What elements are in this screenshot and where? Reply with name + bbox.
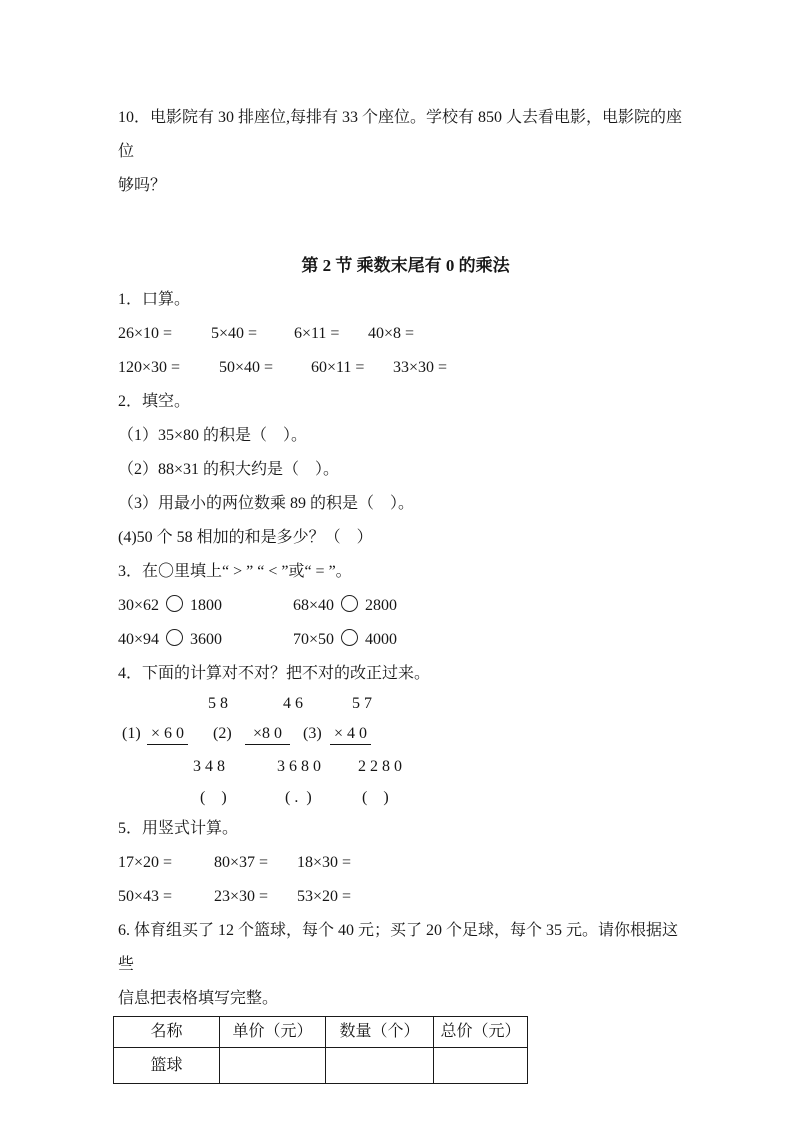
expression: 53×20 = [297,880,351,914]
multiplier-line: × 6 0 [147,724,188,745]
problem5-row1: 17×20 =80×37 =18×30 = [118,846,693,880]
expression: 120×30 = [118,351,219,385]
expression: 26×10 = [118,317,211,351]
table-row: 篮球 [114,1048,528,1084]
expression: 18×30 = [297,846,351,880]
check-blank: ( ) [362,788,389,808]
problem5-label: 5．用竖式计算。 [118,812,693,846]
problem6-text-line2: 信息把表格填写完整。 [118,982,693,1016]
item-number: (3) [303,724,322,744]
table-header-name: 名称 [114,1017,220,1048]
expression: 50×40 = [219,351,311,385]
expression: 33×30 = [393,351,447,385]
table-header-row: 名称 单价（元） 数量（个） 总价（元） [114,1017,528,1048]
check-blank: ( ) [200,788,227,808]
problem10-text-line1: 10．电影院有 30 排座位,每排有 33 个座位。学校有 850 人去看电影，… [118,101,693,169]
worksheet-page: 10．电影院有 30 排座位,每排有 33 个座位。学校有 850 人去看电影，… [0,0,793,1122]
expression: 80×37 = [214,846,297,880]
compare-circle [166,629,183,646]
expression: 17×20 = [118,846,214,880]
comparison: 70×504000 [293,623,397,657]
multiplicand: 5 7 [352,694,372,714]
comparison: 30×621800 [118,589,293,623]
problem4-label: 4．下面的计算对不对？把不对的改正过来。 [118,657,693,691]
item-number: (2) [213,724,232,744]
multiplicand: 4 6 [283,694,303,714]
problem3-label: 3．在〇里填上“ > ” “ < ”或“ = ”。 [118,555,693,589]
expression: 6×11 = [294,317,368,351]
multiplier-line: ×8 0 [245,724,290,745]
right-value: 3600 [190,631,222,648]
item-number: (1) [122,724,141,744]
table-cell-empty [326,1048,434,1084]
table-header-unit-price: 单价（元） [220,1017,326,1048]
multiplicand: 5 8 [208,694,228,714]
problem3-row1: 30×62180068×402800 [118,589,693,623]
section-title: 第 2 节 乘数末尾有 0 的乘法 [118,249,693,283]
expression: 50×43 = [118,880,214,914]
comparison: 40×943600 [118,623,293,657]
compare-circle [341,595,358,612]
left-expression: 40×94 [118,631,159,648]
problem3-row2: 40×94360070×504000 [118,623,693,657]
check-blank: ( . ) [285,788,312,808]
table-header-total-price: 总价（元） [434,1017,528,1048]
table-cell-empty [220,1048,326,1084]
table-cell-empty [434,1048,528,1084]
price-table: 名称 单价（元） 数量（个） 总价（元） 篮球 [113,1016,528,1084]
expression: 5×40 = [211,317,294,351]
problem2-item-1: （1）35×80 的积是（ ）。 [118,419,693,453]
multiplier-line: × 4 0 [330,724,371,745]
compare-circle [166,595,183,612]
expression: 60×11 = [311,351,393,385]
right-value: 1800 [190,597,222,614]
right-value: 2800 [365,597,397,614]
comparison: 68×402800 [293,589,397,623]
table-cell-item-name: 篮球 [114,1048,220,1084]
problem5-row2: 50×43 =23×30 =53×20 = [118,880,693,914]
problem2-item-4: (4)50 个 58 相加的和是多少？（ ） [118,521,693,555]
product: 3 4 8 [193,757,225,777]
problem10-text-line2: 够吗？ [118,169,693,203]
vertical-calculations: 5 8 4 6 5 7 (1) × 6 0 (2) ×8 0 (3) × 4 0… [118,691,693,808]
problem2-label: 2．填空。 [118,385,693,419]
problem1-row2: 120×30 =50×40 =60×11 =33×30 = [118,351,693,385]
problem6-text-line1: 6. 体育组买了 12 个篮球，每个 40 元；买了 20 个足球，每个 35 … [118,914,693,982]
product: 2 2 8 0 [358,757,402,777]
left-expression: 68×40 [293,597,334,614]
problem1-row1: 26×10 =5×40 =6×11 =40×8 = [118,317,693,351]
table-header-quantity: 数量（个） [326,1017,434,1048]
problem2-item-3: （3）用最小的两位数乘 89 的积是（ ）。 [118,487,693,521]
right-value: 4000 [365,631,397,648]
problem1-label: 1．口算。 [118,283,693,317]
left-expression: 70×50 [293,631,334,648]
expression: 23×30 = [214,880,297,914]
product: 3 6 8 0 [277,757,321,777]
left-expression: 30×62 [118,597,159,614]
problem2-item-2: （2）88×31 的积大约是（ ）。 [118,453,693,487]
compare-circle [341,629,358,646]
expression: 40×8 = [368,317,414,351]
